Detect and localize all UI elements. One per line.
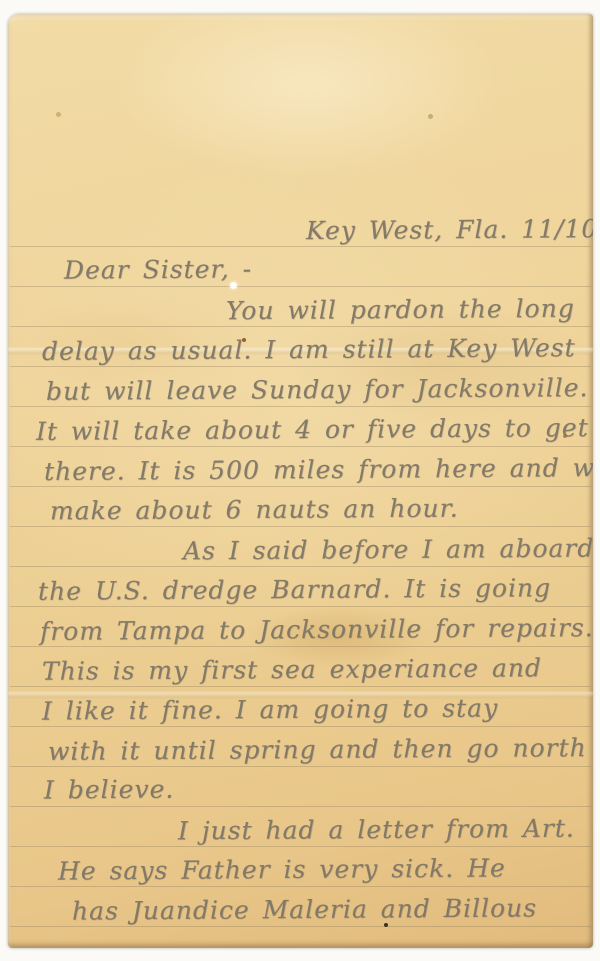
handwritten-line: but will leave Sunday for Jacksonville.	[46, 368, 589, 412]
handwritten-line: It will take about 4 or five days to get	[36, 408, 589, 452]
salutation: Dear Sister, -	[64, 249, 252, 290]
handwritten-line: He says Father is very sick. He	[58, 848, 506, 891]
paper-speck	[56, 112, 61, 117]
handwritten-line: You will pardon the long	[226, 289, 575, 331]
handwritten-line: there. It is 500 miles from here and we	[44, 448, 593, 492]
paper-speck	[428, 114, 433, 119]
handwritten-line: the U.S. dredge Barnard. It is going	[38, 568, 551, 612]
scanned-letter-page: Key West, Fla. 11/10/10 Dear Sister, - Y…	[8, 14, 593, 948]
handwritten-line: delay as usual. I am still at Key West	[42, 328, 576, 372]
handwritten-line: has Juandice Maleria and Billous	[72, 888, 537, 931]
handwritten-line: This is my first sea experiance and	[42, 648, 542, 691]
dateline: Key West, Fla. 11/10/10	[306, 209, 593, 251]
handwritten-line: I believe.	[44, 770, 175, 811]
handwritten-line: As I said before I am aboard	[183, 529, 593, 572]
handwritten-line: with it until spring and then go north	[48, 728, 587, 772]
handwritten-line: make about 6 nauts an hour.	[50, 489, 459, 532]
handwritten-line: from Tampa to Jacksonville for repairs.	[40, 608, 593, 652]
handwritten-line: I just had a letter from Art.	[178, 809, 575, 852]
handwritten-line: I like it fine. I am going to stay	[42, 688, 498, 731]
